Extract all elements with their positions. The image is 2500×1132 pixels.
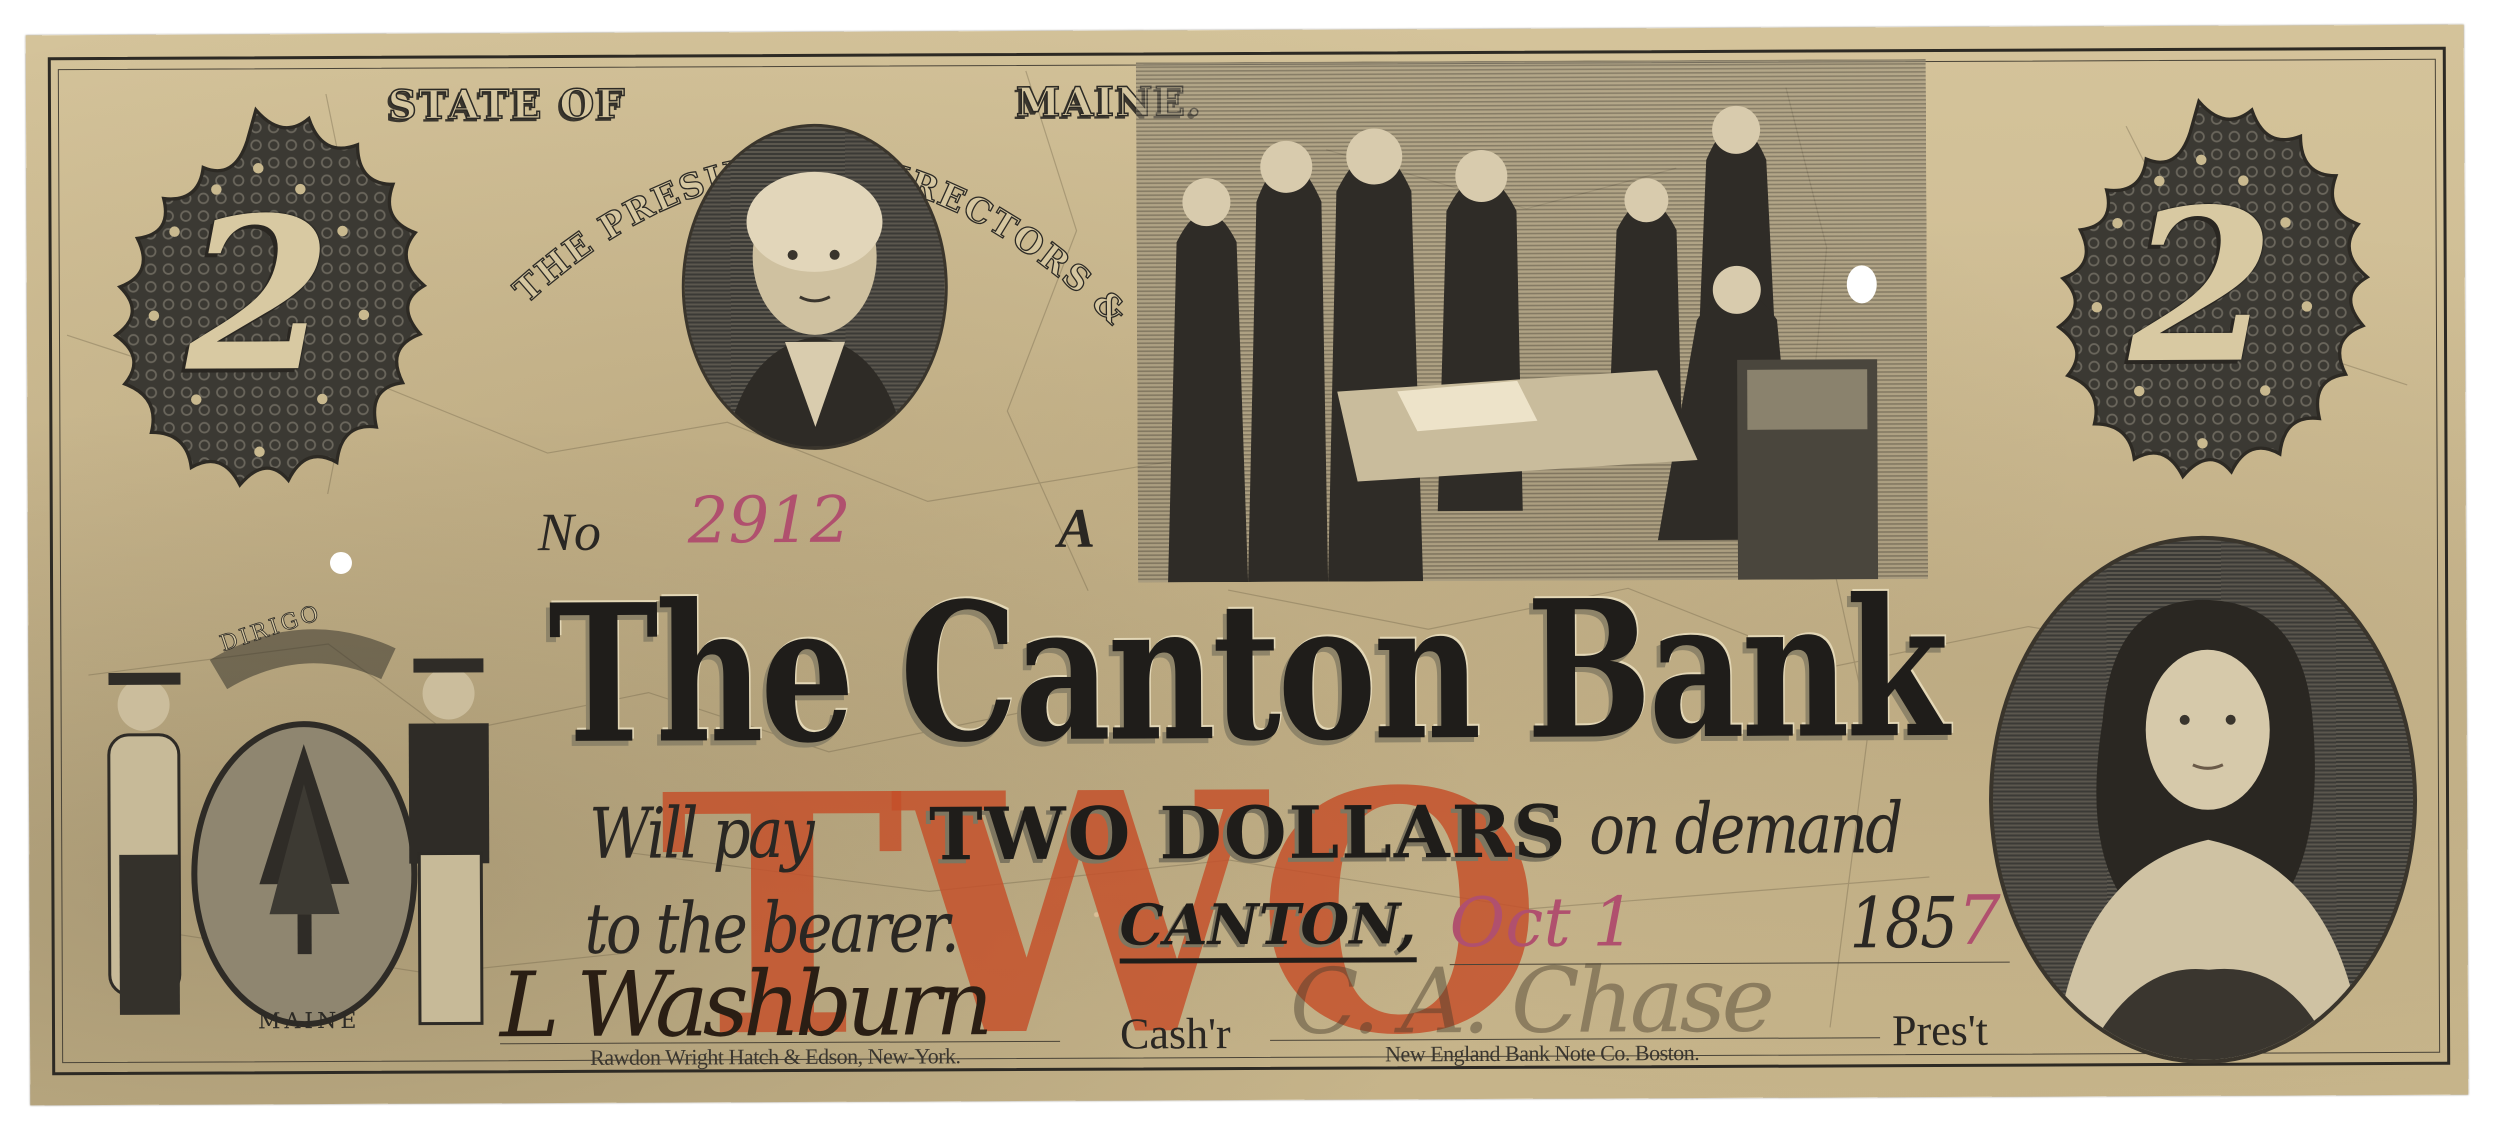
year-handwritten: 7: [1957, 882, 2001, 961]
maine-seal-vignette: DIRIGO MAINE: [68, 553, 540, 1045]
signing-scene-vignette: [1136, 59, 1928, 582]
year-prefix: 185: [1849, 882, 1955, 964]
seal-state-name: MAINE: [258, 1009, 361, 1034]
denomination-counter-right: 2: [1991, 75, 2413, 497]
president-label: Pres't: [1892, 1005, 1988, 1056]
female-portrait-vignette: [1988, 535, 2418, 1065]
amount-text: TWO DOLLARS: [929, 789, 1568, 877]
signing-scene-icon: [1136, 59, 1928, 582]
denomination-numeral-left: 2: [48, 83, 470, 505]
banknote: 2 2 STATE OF MAINE. THE PRESIDENT DIRECT…: [26, 25, 2469, 1106]
imprint-right: New England Bank Note Co. Boston.: [1385, 1040, 1699, 1067]
denomination-numeral-right: 2: [1991, 75, 2413, 497]
serial-number: 2912: [688, 484, 851, 559]
female-figure-icon: [1992, 539, 2414, 1061]
imprint-left: Rawdon Wright Hatch & Edson, New-York.: [590, 1043, 961, 1071]
plate-letter: A: [1058, 497, 1096, 561]
male-portrait-vignette: [681, 123, 948, 450]
portrait-figure-icon: [684, 126, 945, 447]
serial-prefix: No: [538, 501, 601, 563]
punch-hole: [1847, 265, 1877, 303]
on-demand-text: on demand: [1589, 787, 1901, 870]
will-pay-text: Will pay: [589, 792, 812, 875]
denomination-counter-left: 2: [48, 83, 470, 505]
cashier-label: Cash'r: [1120, 1008, 1231, 1059]
